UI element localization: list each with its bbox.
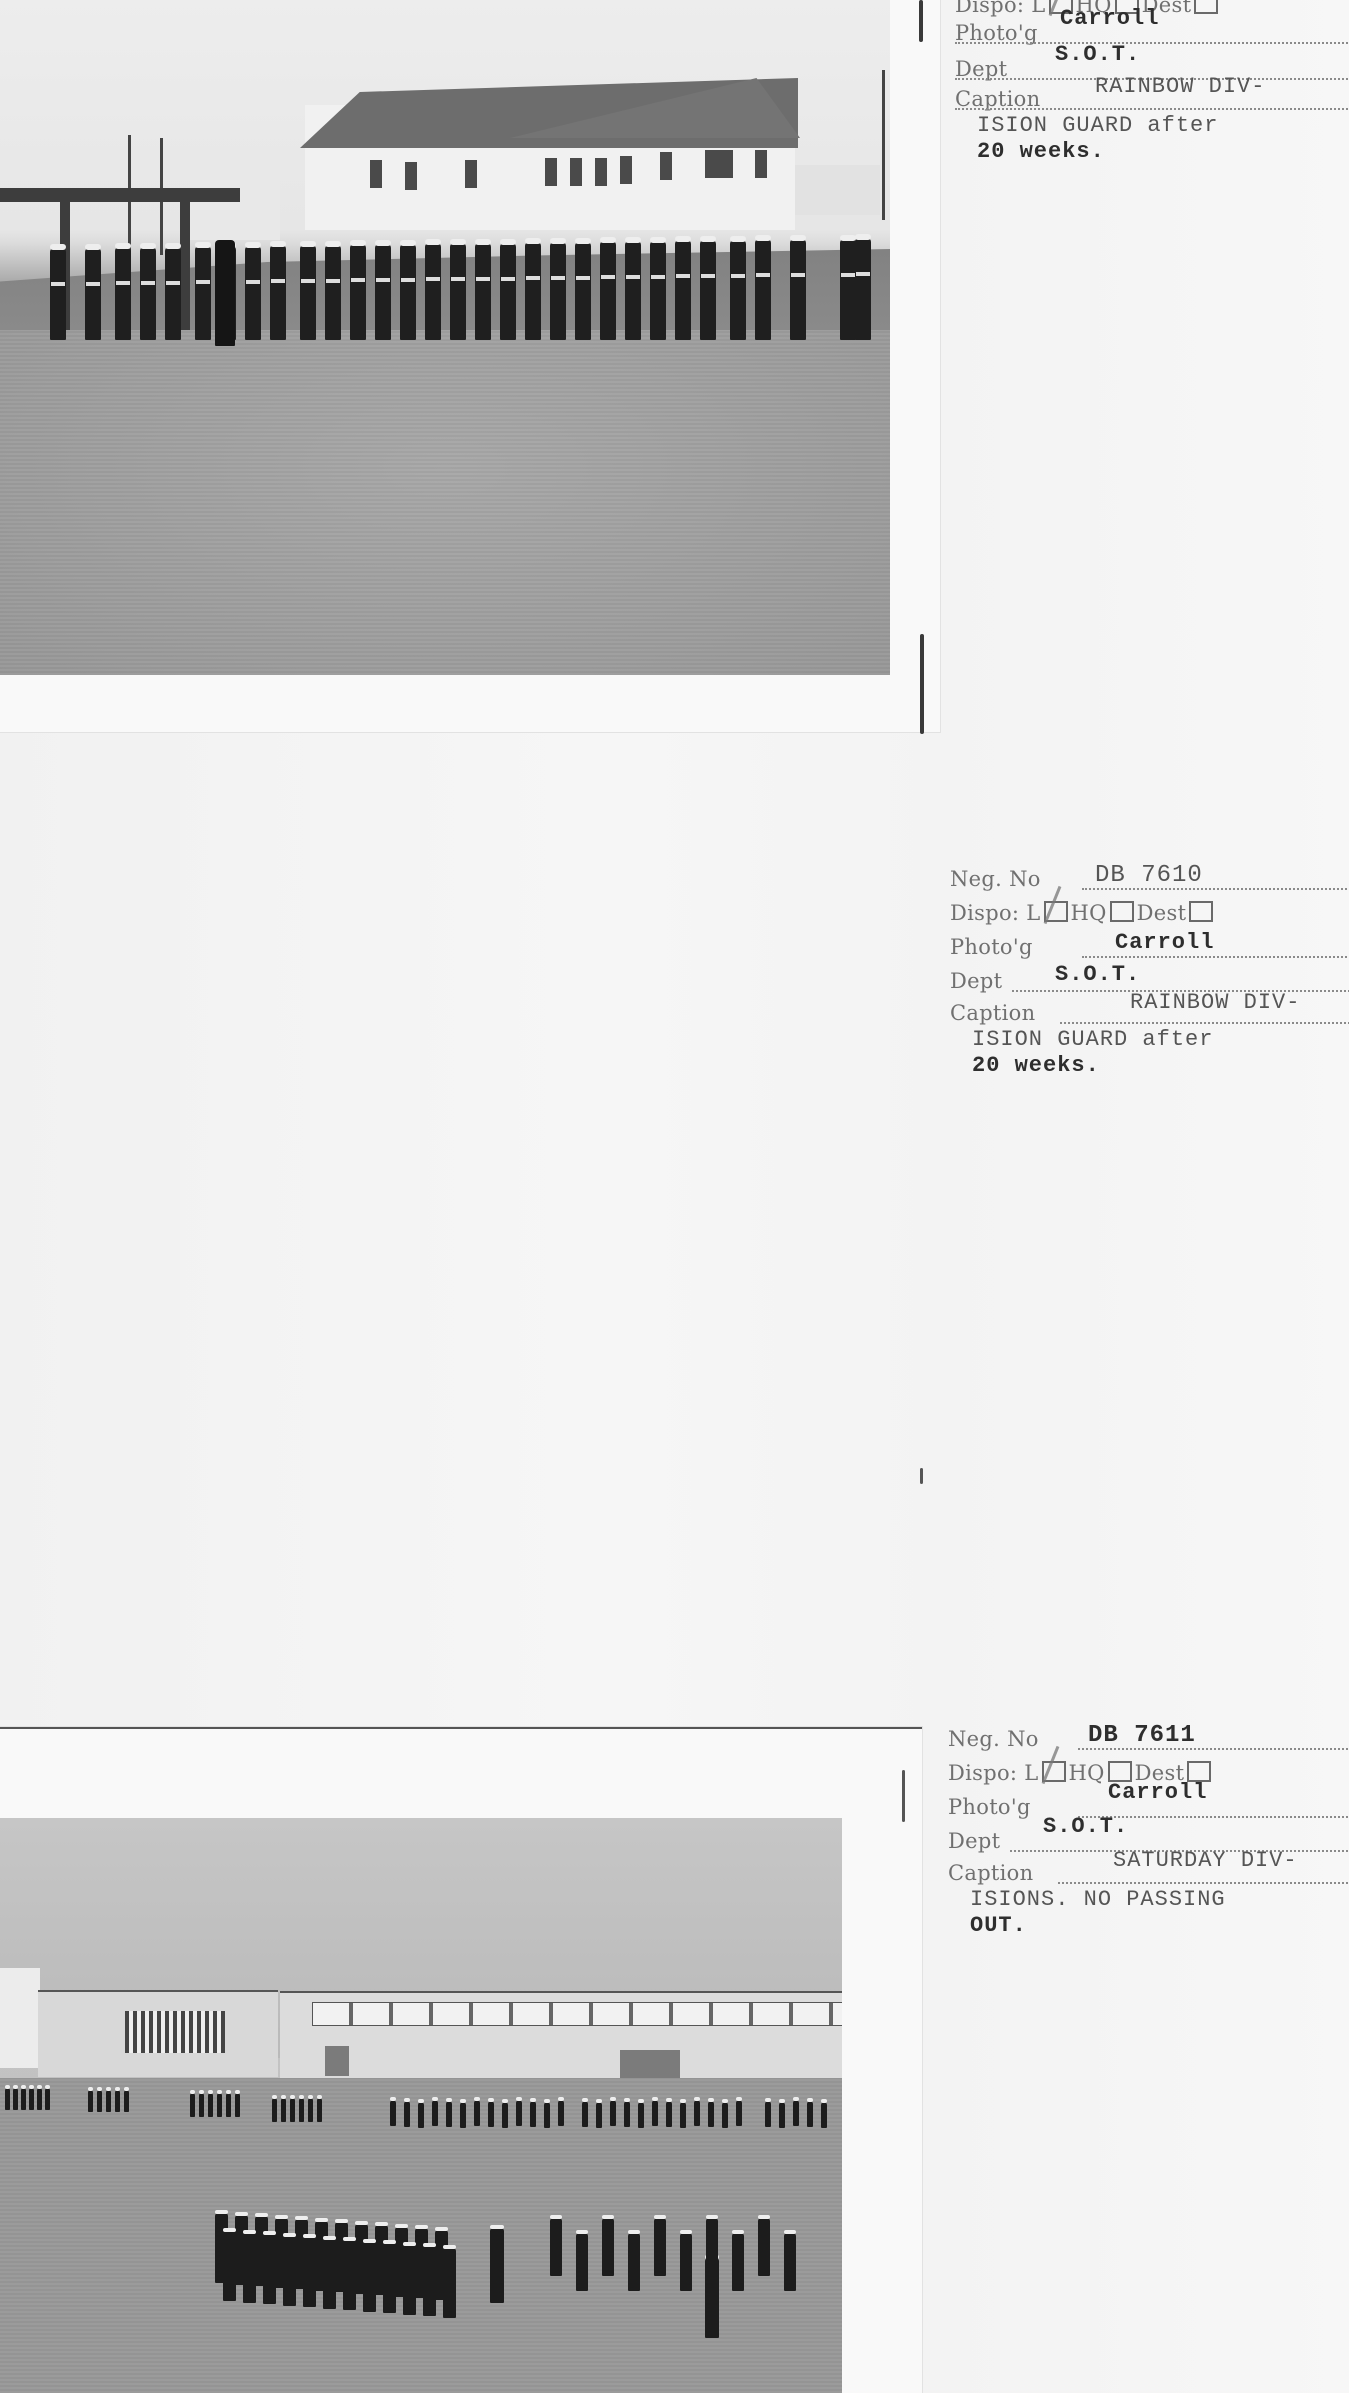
marching-figure	[106, 2090, 111, 2112]
marching-figure	[576, 2233, 588, 2291]
marching-figure	[544, 2102, 550, 2128]
sailor-figure	[500, 243, 516, 340]
marching-figure	[190, 2093, 195, 2117]
marching-figure	[558, 2100, 564, 2126]
marching-figure	[423, 2246, 436, 2316]
marching-figure	[708, 2101, 714, 2127]
marching-figure	[758, 2218, 770, 2276]
caption-line-3: 20 weeks.	[955, 138, 1349, 164]
sailor-figure	[600, 241, 616, 340]
marching-figure	[363, 2242, 376, 2312]
sailor-figure	[50, 248, 66, 340]
record-card-3: Neg. No DB 7611 Dispo: LHQDest Photo'g C…	[948, 1726, 1349, 1938]
marching-figure	[243, 2233, 256, 2303]
photographer-value: Carroll	[1060, 6, 1159, 32]
marching-figure	[37, 2088, 42, 2110]
marching-figure	[784, 2233, 796, 2291]
marching-figure	[666, 2101, 672, 2127]
marching-figure	[680, 2233, 692, 2291]
photographer-row: Photo'g Carroll	[950, 934, 1349, 960]
marching-figure	[706, 2218, 718, 2276]
dept-value: S.O.T.	[1055, 42, 1140, 68]
sailor-figure	[195, 246, 211, 340]
sailor-figure	[755, 239, 771, 340]
marching-figure	[602, 2218, 614, 2276]
marching-figure	[610, 2100, 616, 2126]
marching-figure	[303, 2237, 316, 2307]
marching-figure	[516, 2100, 522, 2126]
marching-figure	[88, 2090, 93, 2112]
marching-figure	[21, 2088, 26, 2110]
sailor-figure	[115, 247, 131, 340]
marching-figure	[628, 2233, 640, 2291]
marching-figure	[404, 2101, 410, 2127]
marching-figure	[281, 2098, 286, 2122]
marching-figure	[474, 2100, 480, 2126]
marching-figure	[432, 2100, 438, 2126]
marching-figure	[550, 2218, 562, 2276]
neg-no-value: DB 7610	[1095, 863, 1203, 889]
marching-figure	[217, 2093, 222, 2117]
marching-figure	[596, 2102, 602, 2128]
sailor-figure	[840, 239, 856, 340]
marching-figure	[226, 2093, 231, 2117]
marching-figure	[460, 2102, 466, 2128]
sailor-figure	[675, 240, 691, 340]
dispo-hq-checkbox[interactable]	[1108, 1761, 1132, 1782]
sailor-figure	[350, 244, 366, 340]
caption-line-2: ISION GUARD after	[955, 112, 1349, 138]
marching-figure	[317, 2098, 322, 2122]
caption-line-3: OUT.	[948, 1912, 1349, 1938]
marching-figure	[652, 2100, 658, 2126]
neg-no-value: DB 7611	[1088, 1723, 1196, 1749]
marching-figure	[488, 2101, 494, 2127]
dept-value: S.O.T.	[1043, 1814, 1128, 1840]
marching-figure	[403, 2245, 416, 2315]
marching-figure	[323, 2239, 336, 2309]
photographer-row: Photo'g Carroll	[948, 1794, 1349, 1820]
sailor-figure	[730, 240, 746, 340]
caption-row: Caption RAINBOW DIV-	[950, 1000, 1349, 1026]
marching-figure	[732, 2233, 744, 2291]
caption-row: Caption SATURDAY DIV-	[948, 1860, 1349, 1886]
neg-no-row: Neg. No DB 7611	[948, 1726, 1349, 1752]
photo-saturday-divisions	[0, 1818, 842, 2393]
marching-figure	[235, 2093, 240, 2117]
officer-figure	[215, 240, 235, 346]
marching-figure	[13, 2088, 18, 2110]
dept-value: S.O.T.	[1055, 962, 1140, 988]
sailor-figure	[425, 243, 441, 340]
marching-figure	[722, 2102, 728, 2128]
photographer-row: Photo'g Carroll	[955, 20, 1349, 46]
marching-figure	[199, 2093, 204, 2117]
dispo-hq-checkbox[interactable]	[1110, 901, 1134, 922]
marching-figure	[446, 2101, 452, 2127]
sailor-figure	[400, 244, 416, 340]
dispo-dest-checkbox[interactable]	[1187, 1761, 1211, 1782]
sailor-figure	[650, 241, 666, 340]
marching-figure	[290, 2098, 295, 2122]
dispo-l-checkbox[interactable]	[1044, 901, 1068, 922]
marching-figure	[694, 2100, 700, 2126]
marching-figure	[45, 2088, 50, 2110]
marching-figure	[654, 2218, 666, 2276]
marching-figure	[793, 2100, 799, 2126]
caption-row: Caption RAINBOW DIV-	[955, 86, 1349, 112]
marching-figure	[283, 2236, 296, 2306]
record-card-2: Neg. No DB 7610 Dispo: LHQDest Photo'g C…	[950, 866, 1349, 1078]
sailor-figure	[140, 247, 156, 340]
caption-line-2: ISIONS. NO PASSING	[948, 1886, 1349, 1912]
marching-figure	[530, 2101, 536, 2127]
marching-figure	[418, 2102, 424, 2128]
sailor-figure	[245, 246, 261, 340]
marching-figure	[502, 2102, 508, 2128]
marching-figure	[308, 2098, 313, 2122]
dispo-dest-checkbox[interactable]	[1189, 901, 1213, 922]
marching-figure	[263, 2234, 276, 2304]
dispo-dest-checkbox[interactable]	[1194, 0, 1218, 14]
photographer-value: Carroll	[1108, 1780, 1207, 1806]
marching-figure	[821, 2102, 827, 2128]
dispo-l-checkbox[interactable]	[1042, 1761, 1066, 1782]
marching-figure	[223, 2231, 236, 2301]
marching-figure	[115, 2090, 120, 2112]
sailor-figure	[625, 241, 641, 340]
sailor-figure	[270, 245, 286, 340]
marching-figure	[390, 2100, 396, 2126]
marching-figure	[208, 2093, 213, 2117]
sailor-figure	[855, 238, 871, 340]
marching-figure	[582, 2101, 588, 2127]
staple	[902, 1770, 905, 1822]
marching-figure	[97, 2090, 102, 2112]
marching-figure	[272, 2098, 277, 2122]
caption-line-2: ISION GUARD after	[950, 1026, 1349, 1052]
marching-figure	[807, 2101, 813, 2127]
marching-figure	[443, 2248, 456, 2318]
marching-figure	[29, 2088, 34, 2110]
sailor-figure	[325, 245, 341, 340]
sailor-figure	[700, 240, 716, 340]
sailor-figure	[85, 248, 101, 340]
neg-no-row: Neg. No DB 7610	[950, 866, 1349, 892]
staple	[920, 634, 924, 734]
sailor-figure	[450, 243, 466, 340]
sailor-figure	[300, 245, 316, 340]
marching-figure	[343, 2240, 356, 2310]
photo-guard-formation	[0, 0, 890, 675]
sailor-figure	[790, 239, 806, 340]
staple	[920, 1468, 923, 1484]
marching-figure	[624, 2101, 630, 2127]
sailor-figure	[550, 242, 566, 340]
marching-figure	[383, 2243, 396, 2313]
record-card-1: Dispo: LHQDest Photo'g Carroll Dept S.O.…	[955, 0, 1349, 164]
marching-figure	[680, 2102, 686, 2128]
dispo-row: Dispo: LHQDest	[950, 900, 1349, 926]
staple	[919, 0, 923, 42]
caption-line-3: 20 weeks.	[950, 1052, 1349, 1078]
sailor-figure	[375, 244, 391, 340]
photographer-value: Carroll	[1115, 930, 1214, 956]
sailor-figure	[525, 242, 541, 340]
sailor-figure	[165, 247, 181, 340]
sailor-figure	[575, 242, 591, 340]
marching-figure	[779, 2102, 785, 2128]
marching-figure	[638, 2102, 644, 2128]
marching-figure	[5, 2088, 10, 2110]
marching-figure	[736, 2100, 742, 2126]
sailor-figure	[475, 243, 491, 340]
scanned-sheet: Dispo: LHQDest Photo'g Carroll Dept S.O.…	[0, 0, 1349, 2393]
marching-figure	[490, 2228, 504, 2303]
marching-figure	[124, 2090, 129, 2112]
marching-figure	[765, 2101, 771, 2127]
marching-figure	[299, 2098, 304, 2122]
